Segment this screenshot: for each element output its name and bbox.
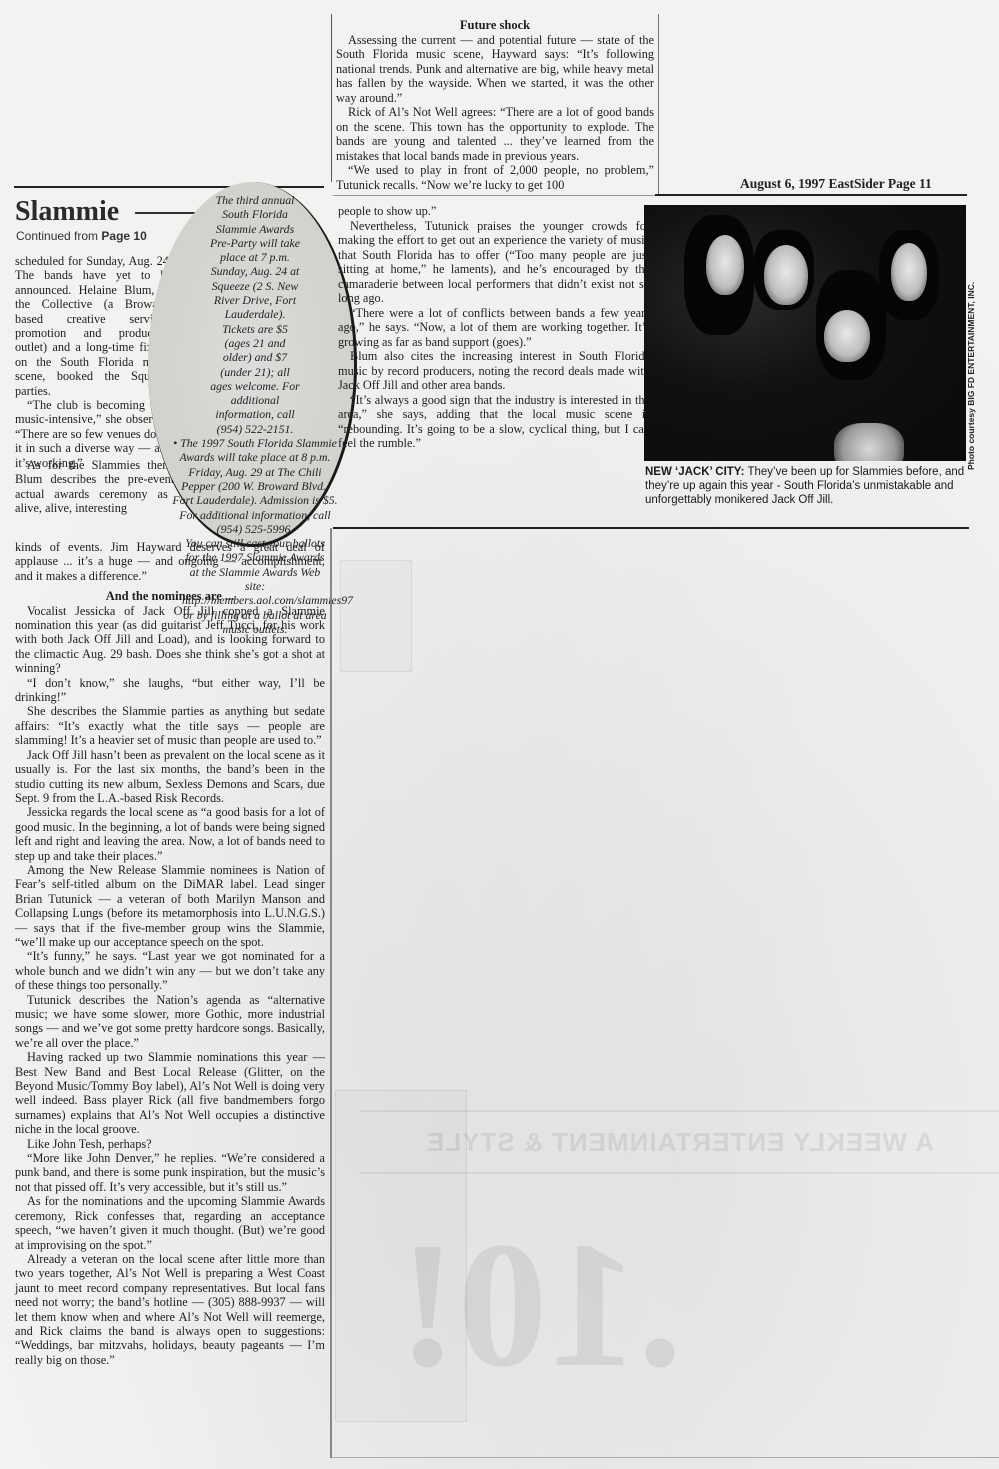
nominees-heading: And the nominees are ... [15, 589, 325, 603]
paragraph: “I don’t know,” she laughs, “but either … [15, 676, 325, 705]
paragraph: Like John Tesh, perhaps? [15, 1137, 325, 1151]
photo-figure [824, 310, 870, 362]
paragraph: “There were a lot of conflicts between b… [338, 306, 650, 350]
paragraph: people to show up.” [338, 204, 650, 219]
sidebar-para: • The 1997 South Florida Slammie Awards … [160, 436, 350, 536]
caption-lead: NEW ‘JACK’ CITY: [645, 466, 744, 478]
page-dateline: August 6, 1997 EastSider Page 11 [740, 176, 932, 192]
paragraph: Vocalist Jessicka of Jack Off Jill coppe… [15, 604, 325, 676]
photo-credit: Photo courtesy BIG FD ENTERTAINMENT, INC… [966, 210, 980, 470]
section-rule [333, 527, 969, 529]
photo-figure [764, 245, 808, 305]
paragraph: Jessicka regards the local scene as “a g… [15, 805, 325, 863]
paragraph: She describes the Slammie parties as any… [15, 704, 325, 747]
paragraph: Tutunick describes the Nation’s agenda a… [15, 993, 325, 1051]
photo-figure [706, 235, 744, 295]
paragraph: As for the nominations and the upcoming … [15, 1194, 325, 1252]
paragraph: “More like John Denver,” he replies. “We… [15, 1151, 325, 1194]
bleed-through-image-2 [335, 1090, 467, 1422]
column-rule [330, 528, 332, 1458]
band-photo [644, 205, 966, 461]
article-column-middle: people to show up.” Nevertheless, Tutuni… [338, 204, 650, 451]
paragraph: Jack Off Jill hasn’t been as prevalent o… [15, 748, 325, 806]
paragraph: Nevertheless, Tutunick praises the young… [338, 219, 650, 306]
paragraph: kinds of events. Jim Hayward deserves a … [15, 540, 325, 583]
article-column-left-wide: kinds of events. Jim Hayward deserves a … [15, 540, 325, 1367]
paragraph: “It’s funny,” he says. “Last year we got… [15, 949, 325, 992]
paragraph: Having racked up two Slammie nominations… [15, 1050, 325, 1136]
future-shock-heading: Future shock [336, 18, 654, 33]
bleed-through-image [340, 560, 412, 672]
paragraph: “We used to play in front of 2,000 peopl… [336, 163, 654, 192]
column-rule [331, 14, 332, 182]
paragraph: “It’s always a good sign that the indust… [338, 393, 650, 451]
paragraph: Rick of Al’s Not Well agrees: “There are… [336, 105, 654, 163]
paragraph: Already a veteran on the local scene aft… [15, 1252, 325, 1367]
continued-label: Continued from [16, 229, 101, 243]
paragraph: Assessing the current — and potential fu… [336, 33, 654, 106]
photo-credit-text: Photo courtesy BIG FD ENTERTAINMENT, INC… [966, 282, 976, 470]
photo-figure [891, 243, 927, 301]
bottom-rule [332, 1457, 999, 1458]
future-shock-column: Future shock Assessing the current — and… [336, 16, 654, 192]
photo-flowers [834, 423, 904, 461]
dateline-rule [655, 194, 967, 196]
article-slug: Slammie [15, 196, 119, 228]
sidebar-para: The third annual South Florida Slammie A… [160, 193, 350, 436]
paragraph: Blum also cites the increasing interest … [338, 349, 650, 393]
continued-page: Page 10 [101, 229, 146, 243]
continued-from: Continued from Page 10 [16, 229, 147, 243]
paragraph: Among the New Release Slammie nominees i… [15, 863, 325, 949]
photo-caption: NEW ‘JACK’ CITY: They’ve been up for Sla… [645, 465, 970, 507]
